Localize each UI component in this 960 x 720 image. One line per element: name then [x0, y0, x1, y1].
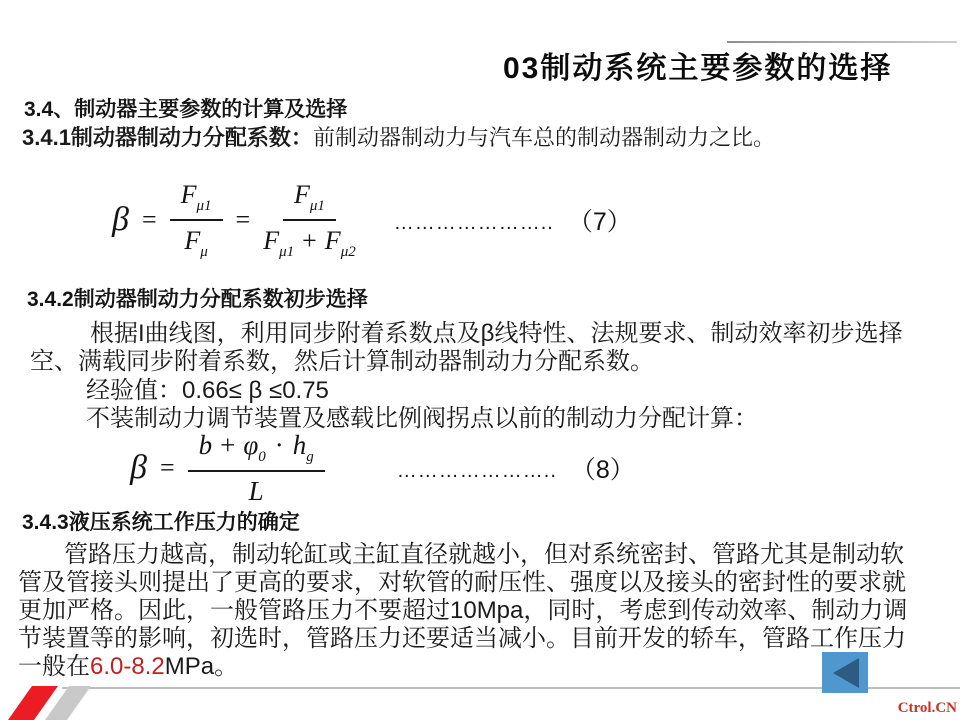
equals-sign: =	[236, 205, 251, 235]
fraction-numerator: Fμ1	[283, 179, 336, 221]
equation-number: （8）	[571, 450, 635, 486]
dotted-leader: …………………..	[394, 212, 554, 235]
formula-7: β = Fμ1 Fμ = Fμ1 Fμ1+Fμ2 ………………….. （7）	[112, 174, 632, 266]
fraction-denominator: Fμ1+Fμ2	[263, 221, 356, 261]
section-3-4-heading: 3.4、制动器主要参数的计算及选择	[24, 93, 347, 123]
equation-number: （7）	[568, 202, 632, 238]
fraction-f7-1: Fμ1 Fμ	[170, 179, 223, 261]
corner-stripes-decoration	[0, 684, 120, 720]
section-3-4-3-heading: 3.4.3液压系统工作压力的确定	[22, 506, 300, 536]
beta-symbol: β	[130, 451, 147, 485]
page-title: 03制动系统主要参数的选择	[503, 43, 892, 87]
formula-8: β = b+φ0·hg L ………………….. （8）	[130, 428, 635, 508]
fraction-f7-2: Fμ1 Fμ1+Fμ2	[263, 179, 356, 261]
back-button[interactable]	[822, 652, 868, 693]
fraction-denominator: L	[249, 472, 264, 507]
pressure-range-line: 一般在6.0-8.2MPa。	[18, 646, 238, 681]
section-3-4-1-text: 前制动器制动力与汽车总的制动器制动力之比。	[313, 125, 775, 150]
equals-sign: =	[142, 205, 157, 235]
section-3-4-1-label: 3.4.1制动器制动力分配系数：	[22, 125, 313, 150]
presentation-slide: 03制动系统主要参数的选择 3.4、制动器主要参数的计算及选择 3.4.1制动器…	[0, 0, 960, 720]
fraction-denominator: Fμ	[184, 221, 207, 261]
section-3-4-1-line: 3.4.1制动器制动力分配系数：前制动器制动力与汽车总的制动器制动力之比。	[22, 121, 775, 152]
fraction-numerator: b+φ0·hg	[188, 430, 325, 472]
beta-symbol: β	[112, 203, 129, 237]
back-arrow-icon	[832, 657, 860, 689]
section-3-4-2-heading: 3.4.2制动器制动力分配系数初步选择	[27, 283, 368, 313]
fraction-f8: b+φ0·hg L	[188, 430, 325, 507]
pressure-range-value: 6.0-8.2	[90, 653, 165, 680]
fraction-numerator: Fμ1	[170, 179, 223, 221]
watermark-logo: Ctrol.CN	[898, 700, 957, 717]
equals-sign: =	[160, 453, 175, 483]
dotted-leader: …………………..	[397, 460, 557, 483]
